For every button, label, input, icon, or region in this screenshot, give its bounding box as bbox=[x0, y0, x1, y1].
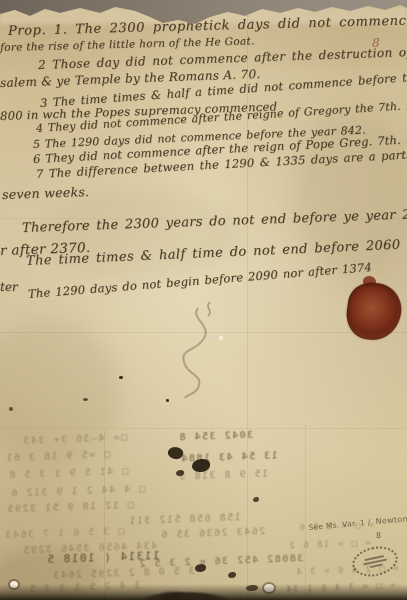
paper-hole bbox=[219, 336, 223, 340]
ink-speck bbox=[166, 399, 169, 402]
ink-flourish bbox=[160, 300, 230, 400]
page-bottom-shadow bbox=[0, 584, 407, 600]
bleedthrough-fragment: 3042 354 8 bbox=[178, 430, 254, 444]
pencil-note-text: Newton 7.3 bbox=[375, 513, 407, 526]
bleedthrough-fragment: 158 658 512 311 bbox=[128, 512, 241, 527]
bleedthrough-fragment: □ 4 44 2 1 9 312 6 bbox=[10, 484, 146, 500]
pencil-catalog-note: See Ms. Var. 1 / Newton 7.3 bbox=[307, 505, 407, 534]
manuscript-line: Therefore the 2300 years do not end befo… bbox=[22, 207, 407, 236]
bleedthrough-fragment: □ 41 5 9 1 3 5 8 bbox=[8, 466, 129, 481]
paper-stain bbox=[0, 320, 120, 470]
pencil-note-number: 8 bbox=[376, 531, 382, 540]
bleedthrough-fragment: 3 5 0 8 2 3295 2643 bbox=[52, 566, 195, 582]
crease-line bbox=[0, 428, 407, 429]
wax-seal bbox=[343, 280, 404, 344]
photo-background: Prop. 1. The 2300 prophetick days did no… bbox=[0, 0, 407, 600]
bleedthrough-fragment: □ 3 5 6 1 7 3643 bbox=[4, 526, 125, 541]
ink-blot bbox=[253, 497, 259, 502]
bleedthrough-fragment: □ 12 18 9 51 3295 bbox=[6, 500, 134, 515]
ink-speck bbox=[83, 398, 88, 401]
manuscript-page: Prop. 1. The 2300 prophetick days did no… bbox=[0, 0, 407, 600]
ink-speck bbox=[9, 407, 13, 411]
bleedthrough-fragment: 15 9 8 318 5 bbox=[178, 468, 269, 482]
bleedthrough-fragment: □ =5 9 18 3 61 bbox=[5, 449, 111, 464]
stamp-text-line bbox=[369, 563, 382, 568]
manuscript-line: ter bbox=[0, 280, 18, 294]
bleedthrough-fragment: = □ = 18 6 2 bbox=[288, 539, 371, 552]
bleedthrough-fragment: □= 4—36 3+ 343 bbox=[22, 432, 128, 447]
bleedthrough-fragment: 2643 2636 35 6 bbox=[160, 526, 266, 541]
manuscript-line: seven weeks. bbox=[2, 184, 90, 202]
ink-blot bbox=[195, 564, 206, 572]
ink-speck bbox=[119, 376, 123, 379]
ink-blot bbox=[228, 572, 236, 578]
